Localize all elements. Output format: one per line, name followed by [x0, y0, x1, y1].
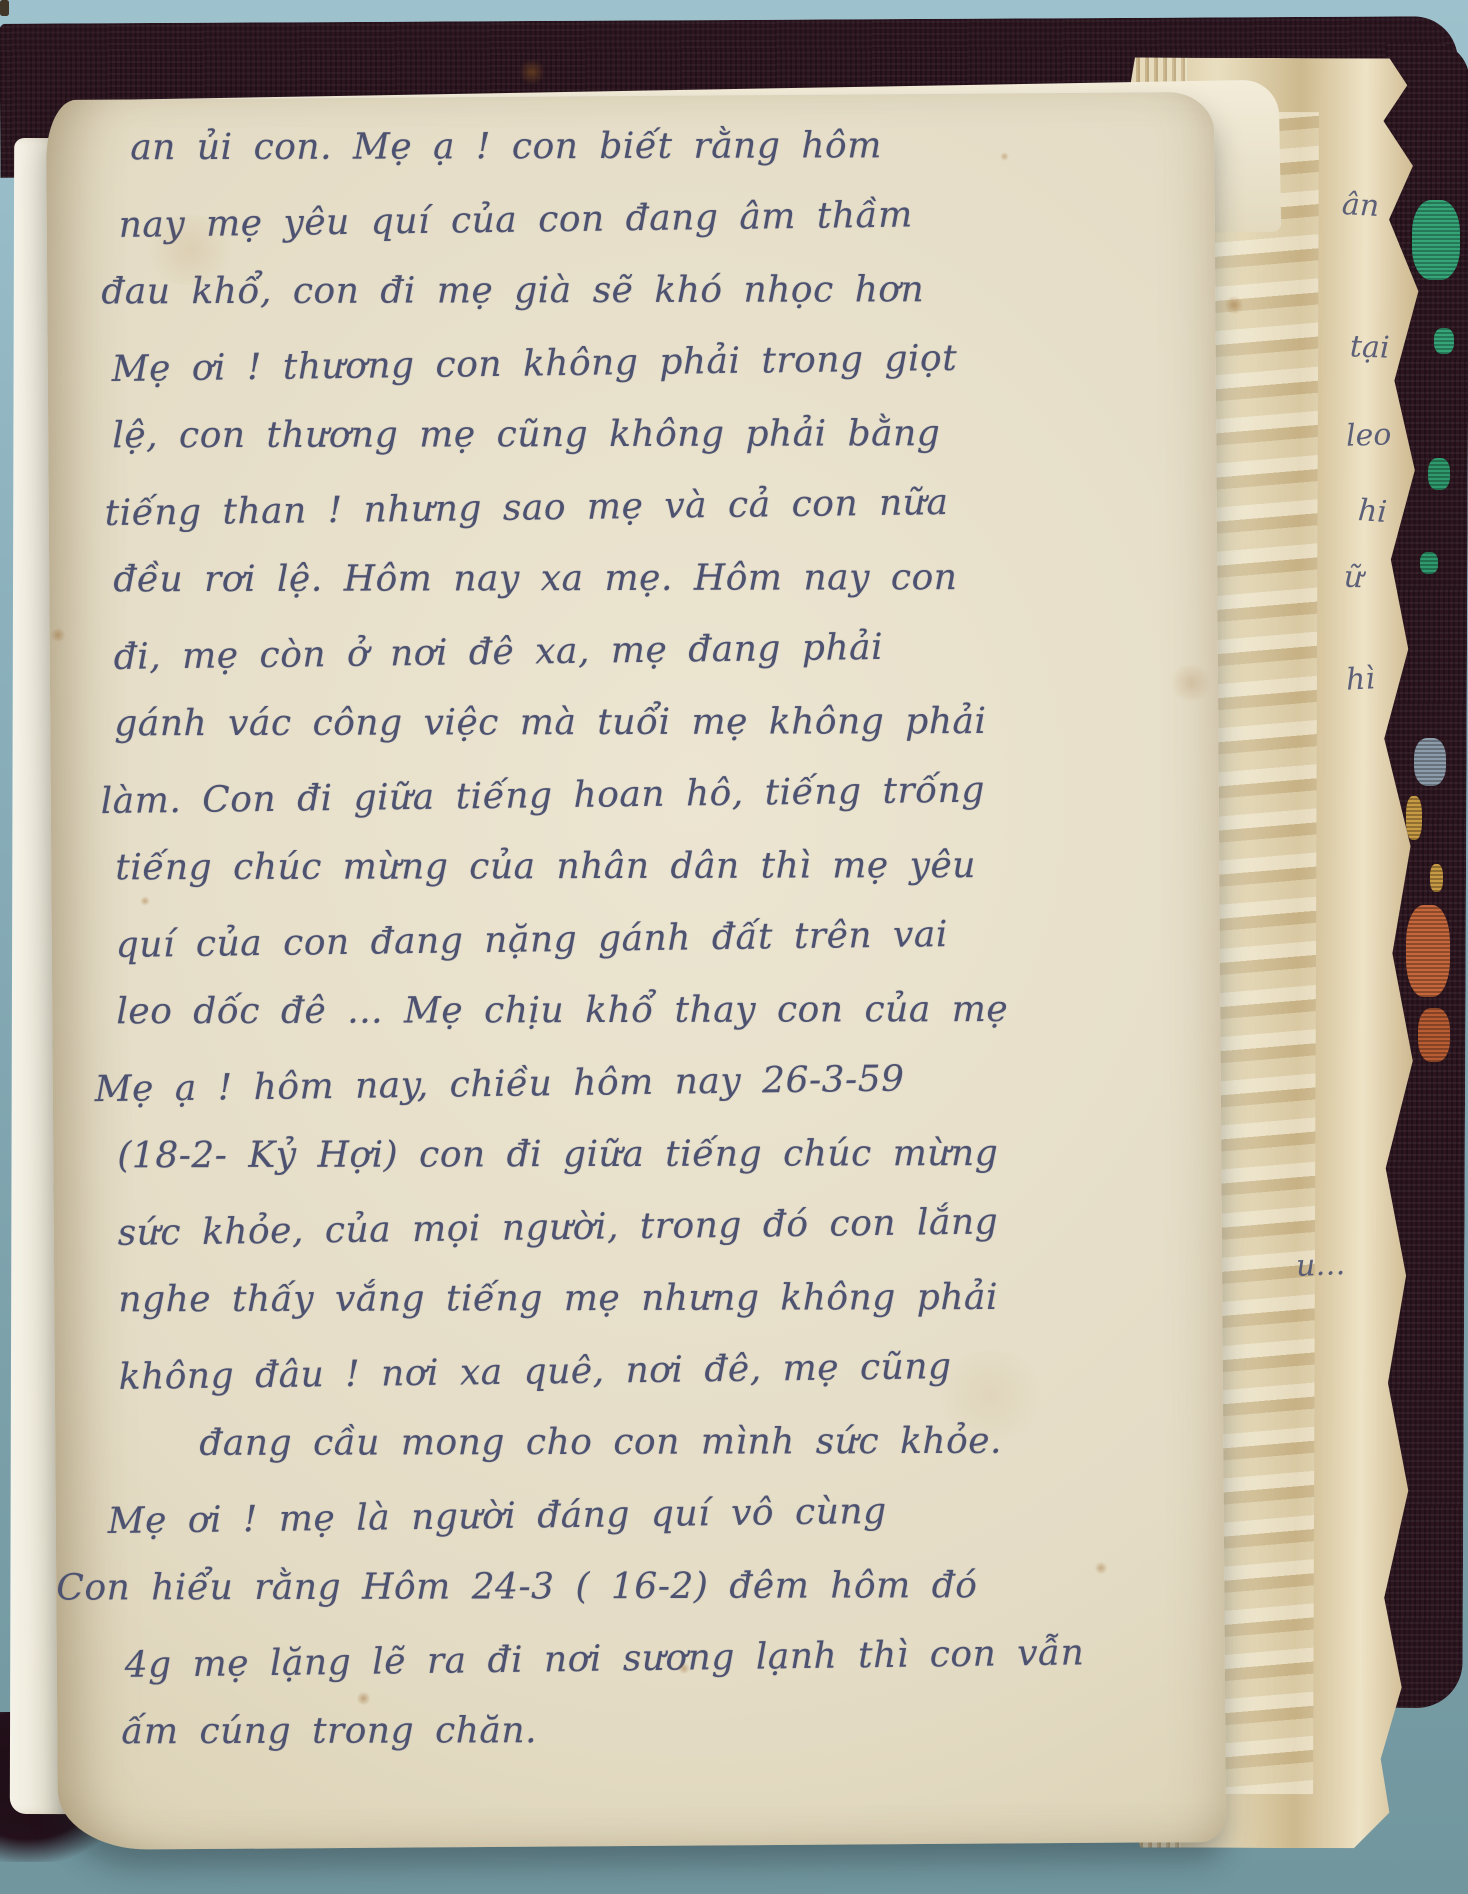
handwriting-line: tiếng chúc mừng của nhân dân thì mẹ yêu	[115, 844, 1197, 919]
handwriting-line: đều rơi lệ. Hôm nay xa mẹ. Hôm nay con	[113, 556, 1195, 631]
handwriting-line: tiếng than ! nhưng sao mẹ và cả con nữa	[104, 479, 1195, 565]
cover-embroidery-ochre-accent	[1430, 864, 1443, 892]
handwriting-line: quí của con đang nặng gánh đất trên vai	[115, 911, 1198, 997]
handwriting-line: Mẹ ạ ! hôm nay, chiều hôm nay 26-3-59	[94, 1055, 1199, 1141]
cover-embroidery-green-leaf	[1420, 552, 1438, 574]
edge-text-fragment: tại	[1349, 329, 1390, 365]
edge-text-fragment: ân	[1341, 187, 1380, 224]
handwriting-line: 4g mẹ lặng lẽ ra đi nơi sương lạnh thì c…	[124, 1631, 1203, 1717]
age-stain	[1168, 665, 1214, 701]
handwriting-line: nghe thấy vắng tiếng mẹ nhưng không phải	[118, 1276, 1200, 1351]
edge-text-fragment: hì	[1345, 661, 1376, 697]
handwriting-line: đi, mẹ còn ở nơi đê xa, mẹ đang phải	[113, 623, 1196, 709]
age-stain	[1094, 1562, 1108, 1574]
edge-text-fragment: leo	[1345, 417, 1392, 454]
age-stain	[518, 60, 546, 84]
handwriting-line: Mẹ ơi ! thương con không phải trong giọt	[111, 335, 1194, 421]
binding-stitch	[0, 0, 9, 16]
cover-embroidery-green-leaf	[1434, 328, 1454, 354]
age-stain	[50, 628, 66, 642]
age-stain	[930, 1350, 1050, 1440]
age-stain	[140, 896, 150, 906]
handwriting-line: làm. Con đi giữa tiếng hoan hô, tiếng tr…	[100, 767, 1197, 853]
age-stain	[356, 1692, 371, 1705]
handwriting-line: Con hiểu rằng Hôm 24-3 ( 16-2) đêm hôm đ…	[56, 1565, 1202, 1640]
edge-text-fragment: hi	[1357, 493, 1388, 530]
handwriting-line: đau khổ, con đi mẹ già sẽ khó nhọc hơn	[101, 268, 1193, 343]
handwriting-line: Mẹ ơi ! mẹ là người đáng quí vô cùng	[107, 1487, 1202, 1573]
cover-embroidery-orange-flower	[1406, 905, 1450, 997]
handwritten-text: an ủi con. Mẹ ạ ! con biết rằng hômnay m…	[62, 122, 1204, 1786]
handwriting-line: ấm cúng trong chăn.	[121, 1708, 1203, 1783]
handwriting-line: lệ, con thương mẹ cũng không phải bằng	[112, 412, 1194, 487]
handwriting-line: an ủi con. Mẹ ạ ! con biết rằng hôm	[130, 124, 1192, 199]
handwriting-line: nay mẹ yêu quí của con đang âm thầm	[118, 191, 1193, 277]
age-stain	[1224, 296, 1244, 314]
cover-embroidery-green-leaf	[1412, 200, 1460, 280]
cover-embroidery-orange-flower	[1418, 1008, 1450, 1062]
cover-embroidery-green-leaf	[1428, 458, 1450, 490]
age-stain	[140, 215, 240, 285]
age-stain	[1000, 152, 1009, 161]
handwriting-line: gánh vác công việc mà tuổi mẹ không phải	[114, 700, 1196, 775]
edge-text-fragment: ữ	[1343, 560, 1364, 596]
handwriting-line: leo dốc đê ... Mẹ chịu khổ thay con của …	[116, 988, 1198, 1063]
handwriting-line: sức khỏe, của mọi người, trong đó con lắ…	[117, 1199, 1200, 1285]
age-stain	[678, 1663, 690, 1674]
diary-photo: ântạileohiữhìu… an ủi con. Mẹ ạ ! con bi…	[0, 0, 1468, 1894]
handwriting-line: (18-2- Kỷ Hợi) con đi giữa tiếng chúc mừ…	[117, 1132, 1199, 1207]
edge-text-fragment: u…	[1295, 1247, 1346, 1284]
cover-embroidery-blue-accent	[1414, 738, 1446, 786]
handwriting-line: đang cầu mong cho con mình sức khỏe.	[199, 1420, 1201, 1495]
diary-page: an ủi con. Mẹ ạ ! con biết rằng hômnay m…	[46, 92, 1226, 1850]
cover-embroidery-ochre-accent	[1406, 796, 1422, 840]
